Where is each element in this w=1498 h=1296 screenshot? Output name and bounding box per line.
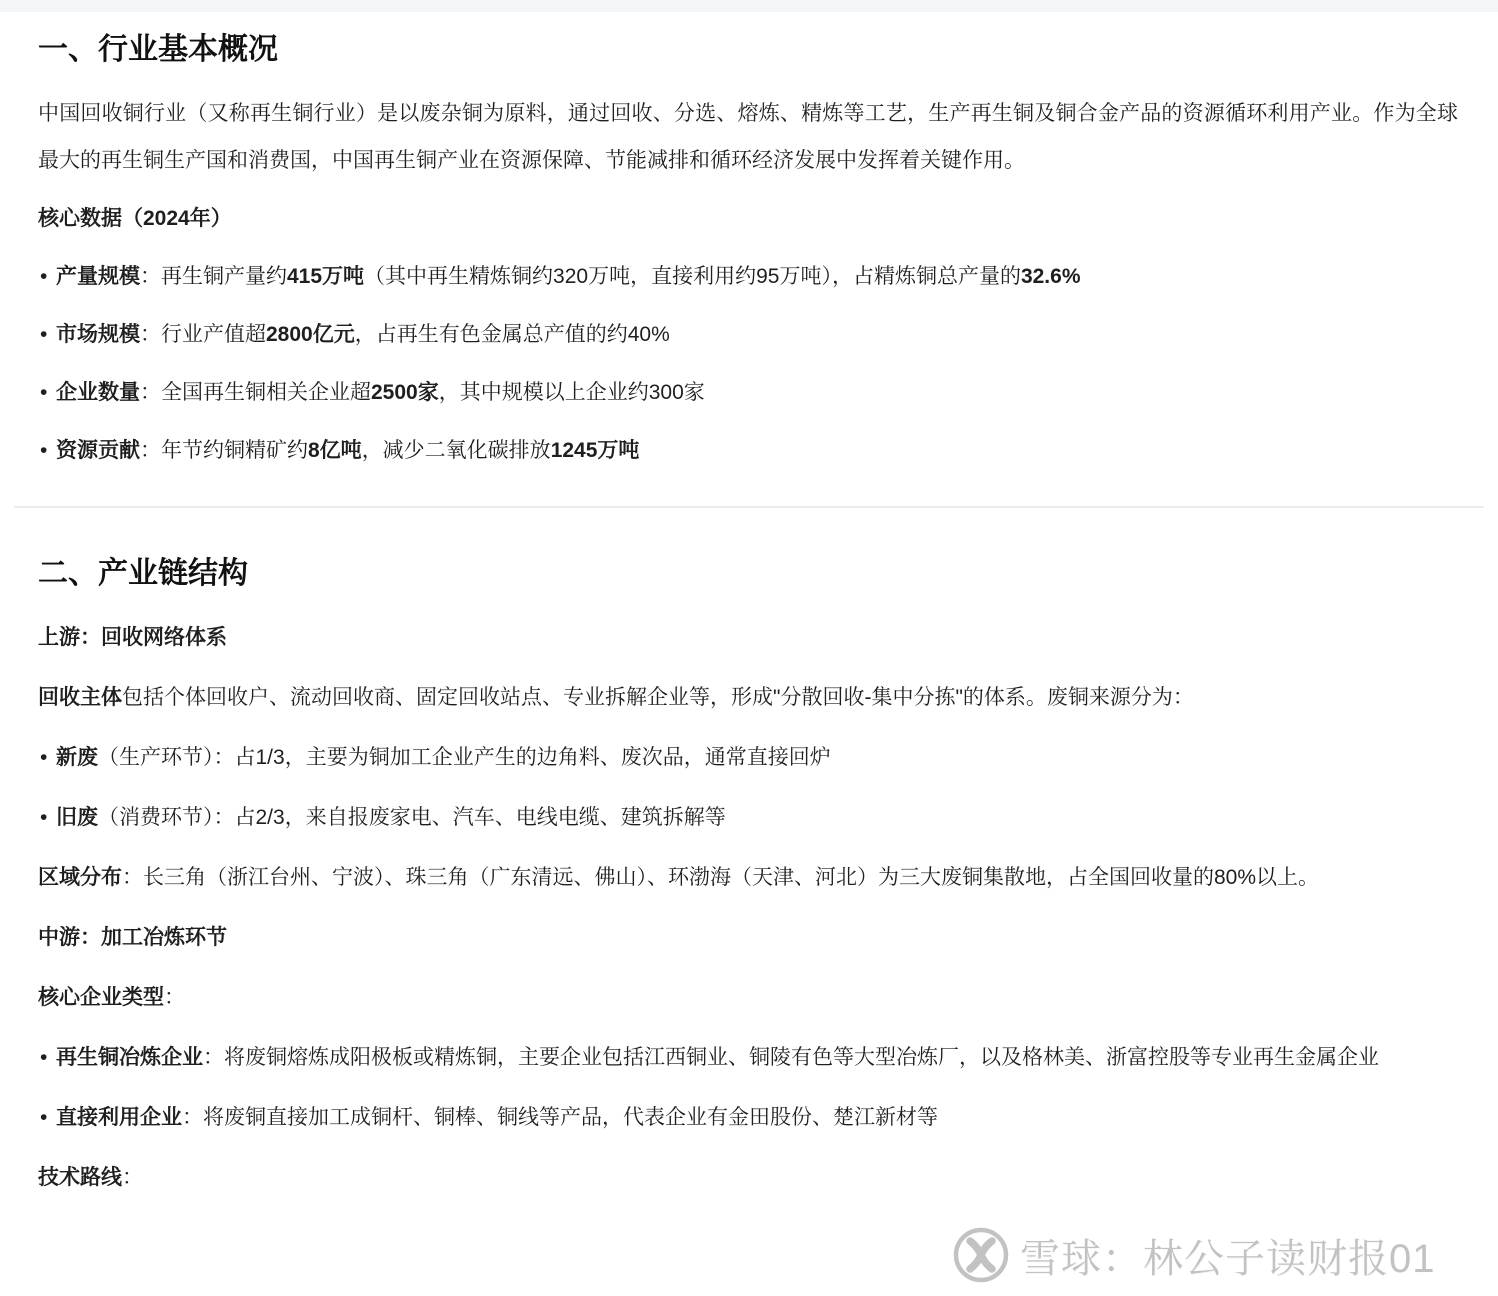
term: 技术路线 — [38, 1166, 122, 1189]
section2-heading: 二、产业链结构 — [38, 554, 1458, 594]
list-item-production-scale: •产量规模：再生铜产量约415万吨（其中再生精炼铜约320万吨，直接利用约95万… — [38, 253, 1458, 300]
section1-heading: 一、行业基本概况 — [38, 30, 1458, 70]
list-item-new-scrap: •新废（生产环节）：占1/3，主要为铜加工企业产生的边角料、废次品，通常直接回炉 — [38, 734, 1458, 781]
text-run: 包括个体回收户、流动回收商、固定回收站点、专业拆解企业等，形成"分散回收-集中分… — [122, 686, 1194, 709]
bullet-marker: • — [40, 794, 47, 841]
highlight-value: 2800亿元 — [266, 323, 355, 346]
upstream-subhead: 上游：回收网络体系 — [38, 614, 1458, 661]
text-run: ：行业产值超 — [140, 323, 266, 346]
bullet-marker: • — [40, 369, 47, 416]
bullet-marker: • — [40, 427, 47, 474]
core-company-types-subhead: 核心企业类型： — [38, 974, 1458, 1021]
text-run: ，占再生有色金属总产值的约40% — [355, 323, 670, 346]
company-type-list: •再生铜冶炼企业：将废铜熔炼成阳极板或精炼铜，主要企业包括江西铜业、铜陵有色等大… — [38, 1034, 1458, 1141]
highlight-value: 8亿吨 — [308, 439, 362, 462]
text-run: （消费环节）：占2/3，来自报废家电、汽车、电线电缆、建筑拆解等 — [98, 806, 726, 829]
text-run: ：年节约铜精矿约 — [140, 439, 308, 462]
term: 旧废 — [56, 806, 98, 829]
list-item-direct-use-company: •直接利用企业：将废铜直接加工成铜杆、铜棒、铜线等产品，代表企业有金田股份、楚江… — [38, 1094, 1458, 1141]
list-item-old-scrap: •旧废（消费环节）：占2/3，来自报废家电、汽车、电线电缆、建筑拆解等 — [38, 794, 1458, 841]
text-run: ：再生铜产量约 — [140, 265, 287, 288]
top-bar — [0, 0, 1498, 12]
section2-body: 二、产业链结构 上游：回收网络体系 回收主体包括个体回收户、流动回收商、固定回收… — [0, 554, 1498, 1201]
text-run: ：全国再生铜相关企业超 — [140, 381, 371, 404]
text-run: ：将废铜熔炼成阳极板或精炼铜，主要企业包括江西铜业、铜陵有色等大型冶炼厂，以及格… — [203, 1046, 1379, 1069]
list-item-market-scale: •市场规模：行业产值超2800亿元，占再生有色金属总产值的约40% — [38, 311, 1458, 358]
term: 市场规模 — [56, 323, 140, 346]
intro-paragraph: 中国回收铜行业（又称再生铜行业）是以废杂铜为原料，通过回收、分选、熔炼、精炼等工… — [38, 90, 1458, 184]
text-run: ：长三角（浙江台州、宁波）、珠三角（广东清远、佛山）、环渤海（天津、河北）为三大… — [122, 866, 1319, 889]
text-run: ：将废铜直接加工成铜杆、铜棒、铜线等产品，代表企业有金田股份、楚江新材等 — [182, 1106, 938, 1129]
document-body: 一、行业基本概况 中国回收铜行业（又称再生铜行业）是以废杂铜为原料，通过回收、分… — [0, 30, 1498, 474]
term: 再生铜冶炼企业 — [56, 1046, 203, 1069]
core-data-list: •产量规模：再生铜产量约415万吨（其中再生精炼铜约320万吨，直接利用约95万… — [38, 253, 1458, 474]
bullet-marker: • — [40, 253, 47, 300]
text-run: ： — [164, 986, 185, 1009]
text-run: （生产环节）：占1/3，主要为铜加工企业产生的边角料、废次品，通常直接回炉 — [98, 746, 831, 769]
xueqiu-watermark: 雪球：林公子读财报01 — [952, 1226, 1436, 1284]
watermark-text: 雪球：林公子读财报01 — [1020, 1227, 1436, 1284]
term: 回收主体 — [38, 686, 122, 709]
list-item-company-count: •企业数量：全国再生铜相关企业超2500家，其中规模以上企业约300家 — [38, 369, 1458, 416]
core-data-subhead: 核心数据（2024年） — [38, 195, 1458, 242]
region-distribution-paragraph: 区域分布：长三角（浙江台州、宁波）、珠三角（广东清远、佛山）、环渤海（天津、河北… — [38, 854, 1458, 901]
text-run: ，其中规模以上企业约300家 — [439, 381, 705, 404]
tech-route-subhead: 技术路线： — [38, 1154, 1458, 1201]
bullet-marker: • — [40, 311, 47, 358]
bullet-marker: • — [40, 1094, 47, 1141]
term: 产量规模 — [56, 265, 140, 288]
highlight-value: 415万吨 — [287, 265, 364, 288]
term: 资源贡献 — [56, 439, 140, 462]
term: 新废 — [56, 746, 98, 769]
section-divider — [14, 506, 1484, 508]
term: 区域分布 — [38, 866, 122, 889]
midstream-subhead: 中游：加工冶炼环节 — [38, 914, 1458, 961]
term: 核心企业类型 — [38, 986, 164, 1009]
highlight-value: 1245万吨 — [551, 439, 640, 462]
xueqiu-logo-icon — [952, 1226, 1010, 1284]
list-item-smelting-company: •再生铜冶炼企业：将废铜熔炼成阳极板或精炼铜，主要企业包括江西铜业、铜陵有色等大… — [38, 1034, 1458, 1081]
text-run: ，减少二氧化碳排放 — [362, 439, 551, 462]
scrap-source-list: •新废（生产环节）：占1/3，主要为铜加工企业产生的边角料、废次品，通常直接回炉… — [38, 734, 1458, 841]
list-item-resource-contribution: •资源贡献：年节约铜精矿约8亿吨，减少二氧化碳排放1245万吨 — [38, 427, 1458, 474]
term: 企业数量 — [56, 381, 140, 404]
highlight-value: 2500家 — [371, 381, 439, 404]
highlight-value: 32.6% — [1021, 265, 1081, 288]
bullet-marker: • — [40, 1034, 47, 1081]
text-run: （其中再生精炼铜约320万吨，直接利用约95万吨），占精炼铜总产量的 — [364, 265, 1021, 288]
text-run: ： — [122, 1166, 143, 1189]
term: 直接利用企业 — [56, 1106, 182, 1129]
recycle-network-paragraph: 回收主体包括个体回收户、流动回收商、固定回收站点、专业拆解企业等，形成"分散回收… — [38, 674, 1458, 721]
bullet-marker: • — [40, 734, 47, 781]
